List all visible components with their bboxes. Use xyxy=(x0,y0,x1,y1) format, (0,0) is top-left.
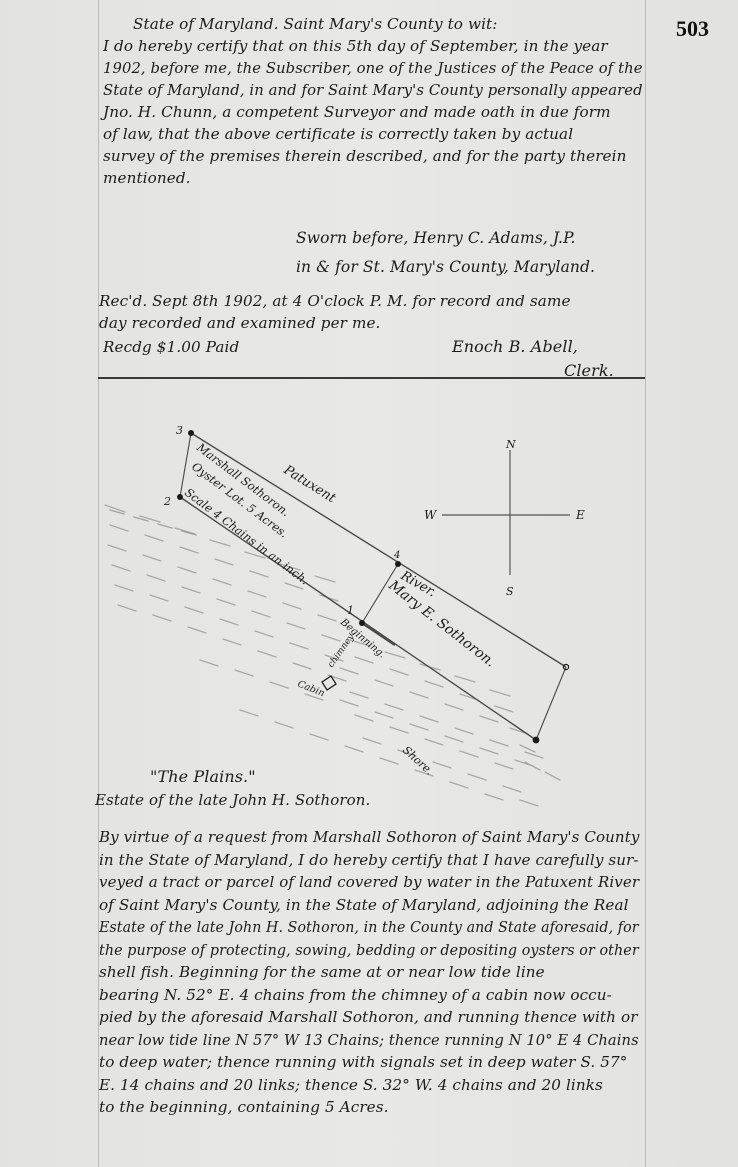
point-4-label: 4 xyxy=(393,550,400,561)
plat-caption-subtitle: Estate of the late John H. Sothoron. xyxy=(95,789,370,811)
description-line: the purpose of protecting, sowing, beddi… xyxy=(99,939,639,962)
description-line: to deep water; thence running with signa… xyxy=(99,1051,628,1074)
description-line: near low tide line N 57° W 13 Chains; th… xyxy=(99,1029,639,1052)
description-line: Estate of the late John H. Sothoron, in … xyxy=(99,916,639,939)
description-line: to the beginning, containing 5 Acres. xyxy=(99,1096,389,1119)
point-3-marker xyxy=(188,430,194,436)
compass-rose xyxy=(442,450,570,575)
description-line: pied by the aforesaid Marshall Sothoron,… xyxy=(99,1006,638,1029)
shore-label: Shore. xyxy=(400,744,436,778)
description-line: in the State of Maryland, I do hereby ce… xyxy=(99,849,639,872)
survey-description: By virtue of a request from Marshall Sot… xyxy=(99,826,678,1119)
description-line: of Saint Mary's County, in the State of … xyxy=(99,894,629,917)
description-line: bearing N. 52° E. 4 chains from the chim… xyxy=(99,984,612,1007)
point-1-marker xyxy=(359,620,365,626)
patuxent-label: Patuxent xyxy=(280,462,339,506)
compass-n: N xyxy=(505,438,516,451)
water-hatching xyxy=(110,510,196,535)
plat-caption-title: "The Plains." xyxy=(150,766,256,788)
point-3-label: 3 xyxy=(176,424,183,437)
compass-e: E xyxy=(575,508,585,522)
compass-w: W xyxy=(424,508,438,522)
description-line: shell fish. Beginning for the same at or… xyxy=(99,961,545,984)
east-line xyxy=(536,667,566,740)
point-2-label: 2 xyxy=(163,495,171,508)
description-line: E. 14 chains and 20 links; thence S. 32°… xyxy=(99,1074,603,1097)
description-line: veyed a tract or parcel of land covered … xyxy=(99,871,639,894)
compass-s: S xyxy=(506,585,514,598)
point-1-label: 1 xyxy=(347,604,354,617)
description-line: By virtue of a request from Marshall Sot… xyxy=(99,826,639,849)
point-4-marker xyxy=(395,561,401,567)
corner-marker xyxy=(533,737,540,744)
